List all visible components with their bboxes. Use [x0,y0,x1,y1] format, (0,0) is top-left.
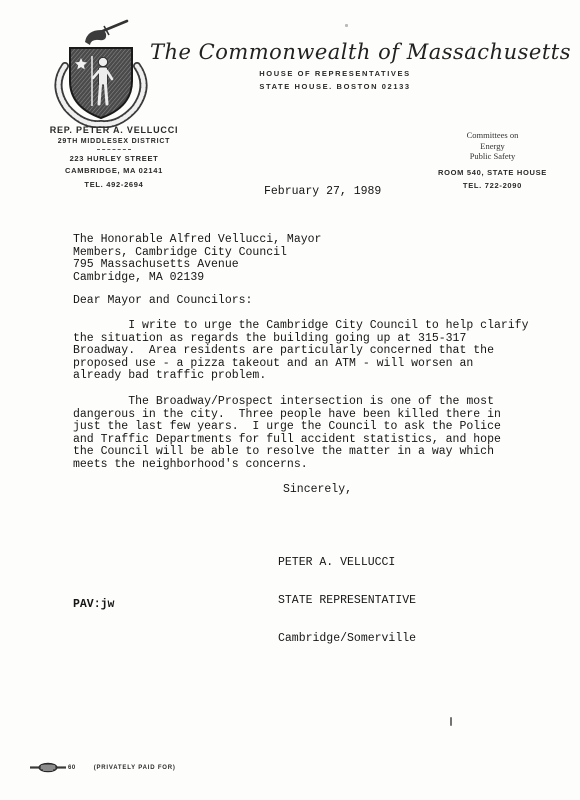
letter-date: February 27, 1989 [264,186,381,199]
signature-name: PETER A. VELLUCCI [278,557,416,570]
scan-speck [470,46,472,49]
closing: Sincerely, [283,484,352,497]
recipient-address: The Honorable Alfred Vellucci, Mayor Mem… [73,234,321,284]
letterhead-subtitle-1: HOUSE OF REPRESENTATIVES [150,69,520,78]
salutation: Dear Mayor and Councilors: [73,295,252,308]
letter-page: The Commonwealth of Massachusetts HOUSE … [0,0,580,800]
committee-energy: Energy [415,141,570,152]
massachusetts-seal-icon [45,14,157,128]
representative-address-2: CAMBRIDGE, MA 02141 [8,166,220,175]
signature-location: Cambridge/Somerville [278,633,416,646]
representative-district: 29TH MIDDLESEX DISTRICT [8,138,220,145]
committees-block: Committees on Energy Public Safety ROOM … [415,130,570,190]
representative-block: REP. PETER A. VELLUCCI 29TH MIDDLESEX DI… [8,125,220,189]
committee-public-safety: Public Safety [415,151,570,162]
scan-speck [450,717,452,726]
privately-paid-for-text: (PRIVATELY PAID FOR) [94,765,176,771]
representative-address-1: 223 HURLEY STREET [8,154,220,163]
signature-title: STATE REPRESENTATIVE [278,595,416,608]
letterhead-title: The Commonwealth of Massachusetts [150,40,520,64]
committees-heading: Committees on [415,130,570,141]
typist-reference: PAV:jw [73,599,114,612]
footer: 60 (PRIVATELY PAID FOR) [30,762,176,773]
representative-telephone: TEL. 492-2694 [8,180,220,189]
signature-block: PETER A. VELLUCCI STATE REPRESENTATIVE C… [278,532,416,671]
scan-speck [345,24,348,27]
body-paragraph-2: The Broadway/Prospect intersection is on… [73,396,501,472]
union-bug-icon [30,762,66,773]
letterhead: The Commonwealth of Massachusetts HOUSE … [150,40,520,91]
committees-telephone: TEL. 722-2090 [415,181,570,190]
letterhead-subtitle-2: STATE HOUSE. BOSTON 02133 [150,82,520,91]
committees-room: ROOM 540, STATE HOUSE [415,168,570,177]
body-paragraph-1: I write to urge the Cambridge City Counc… [73,320,528,383]
representative-name: REP. PETER A. VELLUCCI [8,125,220,135]
divider [97,149,131,150]
union-bug-number: 60 [68,765,76,771]
